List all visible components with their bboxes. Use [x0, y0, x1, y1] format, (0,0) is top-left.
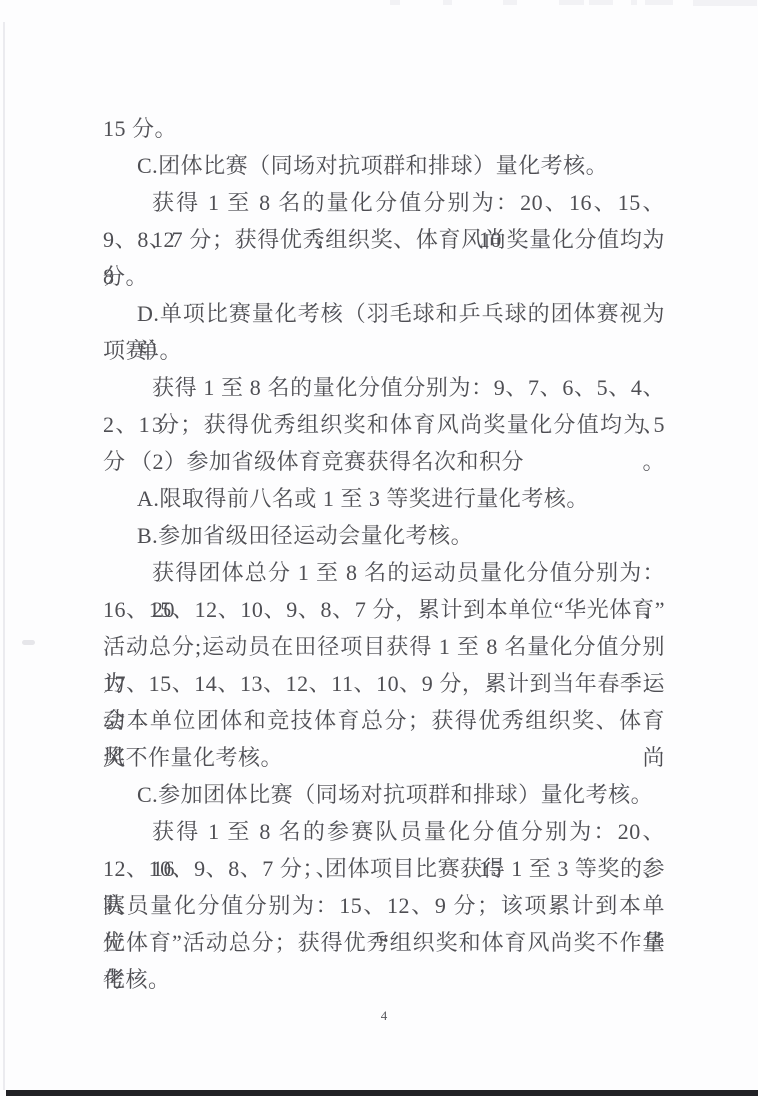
text-line: C.团体比赛（同场对抗项群和排球）量化考核。 — [103, 147, 665, 184]
text-line: 考核。 — [103, 961, 665, 998]
scan-artifact — [503, 0, 517, 5]
text-line: B.参加省级田径运动会量化考核。 — [103, 517, 665, 554]
scanned-document-page: 15 分。 C.团体比赛（同场对抗项群和排球）量化考核。 获得 1 至 8 名的… — [0, 0, 758, 1096]
scan-artifact — [559, 0, 584, 5]
scan-artifact — [589, 0, 613, 5]
text-line: 9、8、7 分；获得优秀组织奖、体育风尚奖量化分值均为 8 — [103, 221, 665, 258]
text-line: 2、1 分；获得优秀组织奖和体育风尚奖量化分值均为 5 分。 — [103, 406, 665, 443]
scan-bottom-bar — [6, 1090, 758, 1096]
text-line: 获得 1 至 8 名的量化分值分别为：9、7、6、5、4、3、 — [103, 369, 665, 406]
text-line: 获得 1 至 8 名的参赛队员量化分值分别为：20、16、15、 — [103, 813, 665, 850]
scan-artifact — [443, 0, 452, 5]
text-line: 15 分。 — [103, 110, 665, 147]
scan-artifact — [645, 0, 673, 5]
text-line: 获得 1 至 8 名的量化分值分别为：20、16、15、12、10、 — [103, 184, 665, 221]
text-line: 12、10、9、8、7 分；团体项目比赛获得 1 至 3 等奖的参赛 — [103, 850, 665, 887]
text-line: 17、15、14、13、12、11、10、9 分，累计到当年春季运动 — [103, 665, 665, 702]
text-line: 光体育”活动总分；获得优秀组织奖和体育风尚奖不作量化 — [103, 924, 665, 961]
text-line: D.单项比赛量化考核（羽毛球和乒乓球的团体赛视为单 — [103, 295, 665, 332]
page-number: 4 — [103, 1006, 665, 1026]
text-line: 会本单位团体和竞技体育总分；获得优秀组织奖、体育风尚 — [103, 702, 665, 739]
text-line: 项赛）。 — [103, 332, 665, 369]
scan-artifact — [693, 0, 757, 6]
text-line: 获得团体总分 1 至 8 名的运动员量化分值分别为：20、 — [103, 554, 665, 591]
scan-smudge — [22, 640, 35, 645]
document-body: 15 分。 C.团体比赛（同场对抗项群和排球）量化考核。 获得 1 至 8 名的… — [103, 110, 665, 998]
scan-artifact — [390, 0, 400, 5]
scan-artifact — [631, 0, 637, 5]
text-line: 活动总分;运动员在田径项目获得 1 至 8 名量化分值分别为： — [103, 628, 665, 665]
text-line: 16、15、12、10、9、8、7 分，累计到本单位“华光体育” — [103, 591, 665, 628]
page-edge-shadow — [3, 22, 5, 1090]
text-line: 队员量化分值分别为：15、12、9 分；该项累计到本单位“华 — [103, 887, 665, 924]
text-line: A.限取得前八名或 1 至 3 等奖进行量化考核。 — [103, 480, 665, 517]
text-line: 分。 — [103, 258, 665, 295]
text-line: C.参加团体比赛（同场对抗项群和排球）量化考核。 — [103, 776, 665, 813]
